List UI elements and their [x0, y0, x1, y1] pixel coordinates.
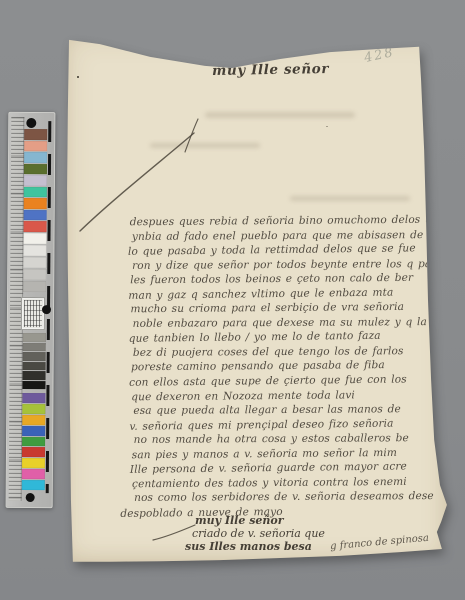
letter-salutation: muy Ille señor — [212, 61, 329, 79]
letter-line: despues ques rebia d señoria bino omucho… — [130, 213, 425, 230]
ink-speck — [77, 76, 79, 78]
ink-bleedthrough-smudge — [150, 143, 260, 148]
salutation-overline-stroke — [233, 56, 278, 59]
manuscript-page: muy Ille señor 428 despues ques rebia d … — [64, 34, 450, 566]
ink-bleedthrough-smudge — [290, 196, 410, 201]
closing-line: criado de v. señoria que — [192, 527, 325, 540]
letter-body: despues ques rebia d señoria bino omucho… — [130, 213, 428, 521]
closing-line: sus Illes manos besa — [185, 540, 312, 553]
manuscript-page-wrap: muy Ille señor 428 despues ques rebia d … — [0, 0, 465, 600]
closing-salutation: muy Ille señor — [195, 514, 284, 527]
ink-speck — [326, 126, 328, 127]
signature-rubric-stroke — [330, 556, 430, 566]
photo-background: muy Ille señor 428 despues ques rebia d … — [0, 0, 465, 600]
ink-bleedthrough-smudge — [205, 112, 355, 118]
